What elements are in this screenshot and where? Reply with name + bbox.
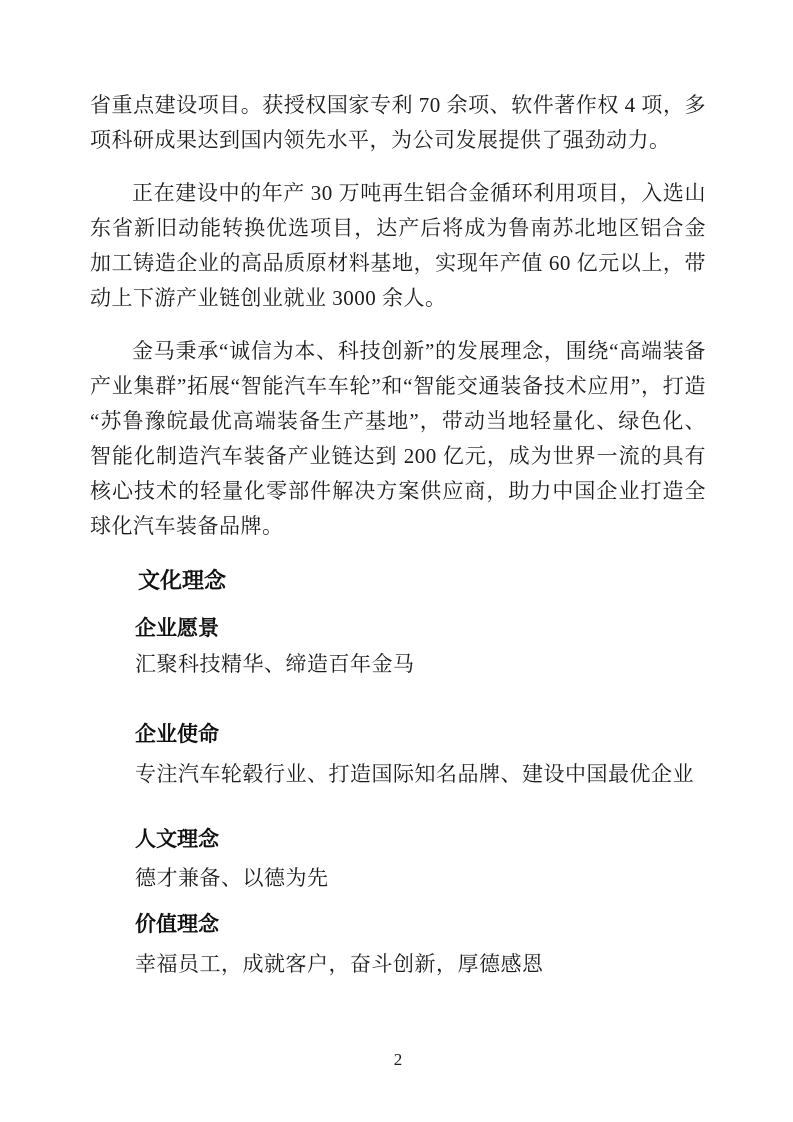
- culture-item-title-vision: 企业愿景: [90, 614, 706, 642]
- document-body: 省重点建设项目。获授权国家专利 70 余项、软件著作权 4 项，多项科研成果达到…: [90, 88, 706, 978]
- culture-item-title-humanity: 人文理念: [90, 825, 706, 853]
- body-paragraph-continuation: 省重点建设项目。获授权国家专利 70 余项、软件著作权 4 项，多项科研成果达到…: [90, 88, 706, 158]
- culture-item-text-values: 幸福员工，成就客户，奋斗创新，厚德感恩: [90, 950, 706, 978]
- culture-item-title-mission: 企业使命: [90, 720, 706, 748]
- culture-item-title-values: 价值理念: [90, 910, 706, 938]
- culture-section: 企业愿景 汇聚科技精华、缔造百年金马 企业使命 专注汽车轮毂行业、打造国际知名品…: [90, 614, 706, 978]
- body-paragraph-project: 正在建设中的年产 30 万吨再生铝合金循环利用项目，入选山东省新旧动能转换优选项…: [90, 176, 706, 316]
- culture-item-text-mission: 专注汽车轮毂行业、打造国际知名品牌、建设中国最优企业: [90, 760, 706, 788]
- page-number: 2: [90, 1050, 706, 1070]
- section-heading-culture: 文化理念: [90, 566, 706, 596]
- document-page: 省重点建设项目。获授权国家专利 70 余项、软件著作权 4 项，多项科研成果达到…: [0, 0, 793, 1122]
- culture-item-text-vision: 汇聚科技精华、缔造百年金马: [90, 650, 706, 678]
- culture-item-text-humanity: 德才兼备、以德为先: [90, 864, 706, 892]
- body-paragraph-vision: 金马秉承“诚信为本、科技创新”的发展理念，围绕“高端装备产业集群”拓展“智能汽车…: [90, 334, 706, 544]
